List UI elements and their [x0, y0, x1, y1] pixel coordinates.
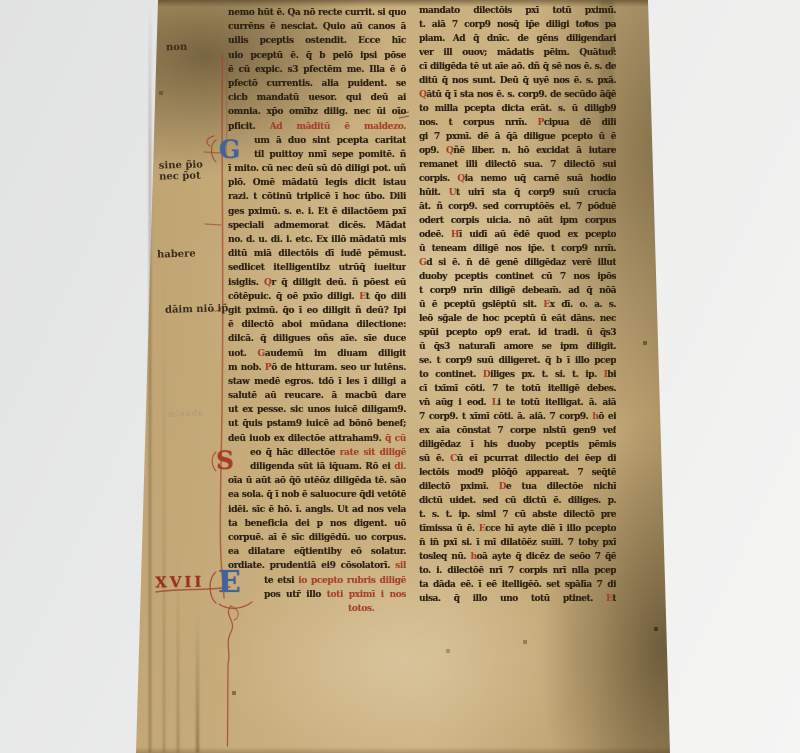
manuscript-text-line: til puittoy nmī sepe pomitē. ñ: [228, 148, 406, 162]
body-text: r q̄ diligit deū. ñ pōest eū: [271, 278, 406, 288]
manuscript-text-line: ū q̄s3 naturalī amore se ipm diligit.: [419, 340, 616, 354]
manuscript-text-line: idēi. sīc ē hō. ī. angls. Ut ad nos…: [228, 503, 406, 517]
body-text: pficit.: [228, 122, 270, 132]
manuscript-text-line: uio pceptū ē. q̄ b pelō ipsi pōse: [228, 49, 406, 63]
body-text: deū iuob ex dilectōe attraham9.: [228, 434, 385, 444]
body-text: duoby pceptis continet cū 7 nos ipōs: [419, 272, 616, 282]
manuscript-text-line: uot. Gaudemū im diuam diligit: [228, 347, 406, 361]
body-text: oā ayte q̄ dicēz de seōo 7 q̄ē: [477, 552, 616, 562]
body-text: to continet.: [419, 370, 483, 380]
manuscript-text-line: uilis pceptis ostendit. Ecce hīc: [228, 34, 406, 48]
crease-line: [196, 612, 199, 753]
body-text: nos. t corpus nrm̄.: [419, 118, 538, 128]
body-text: sū ē.: [419, 454, 450, 464]
body-text: cce hī ayte diē ī illo pcepto: [485, 524, 616, 534]
manuscript-text-line: dilectō pximī. De tua dilectōe nichī: [419, 480, 616, 494]
manuscript-text-line: ū teneam diligē nos ip̄e. t corp9 nrm̄…: [419, 242, 616, 256]
manuscript-text-line: ta beneficia dei p nos digent. uō: [228, 517, 406, 531]
manuscript-text-line: te etsi io pcepto rubris diligē: [228, 574, 406, 588]
manuscript-text-line: no. d. u. di. i. etc. Ex illō mādatū …: [228, 233, 406, 247]
body-text: 7 corp9. t xīmī cōti. ā. aiā. 7 cor…: [419, 412, 592, 422]
text-column-left: nemo hūt ē. Qa nō recte currit. si qu…: [228, 6, 406, 616]
crease-line: [163, 280, 165, 753]
body-text: git pximū. q̄o ī eo diligit ñ deū? I…: [228, 306, 406, 316]
manuscript-text-line: piam. Ad q̄ dnīc. de gēns diligendari: [419, 32, 616, 46]
rubric-text: C: [450, 454, 457, 464]
manuscript-text-line: cicb mandatū uesor. qui deū ai: [228, 91, 406, 105]
body-text: ē cū expic. s3 pfectēm me. Illa ē ō: [228, 65, 406, 75]
crease-line: [149, 0, 151, 753]
rubric-text: totos.: [348, 604, 374, 614]
body-text: cicb mandatū uesor. qui deū ai: [228, 93, 406, 103]
body-text: corpuē. aī ē sīc diligēdū. uo corp…: [228, 533, 406, 545]
body-text: diligenda sūt iā iq̄uam. Rō ei: [250, 462, 394, 472]
rubric-text: sil: [395, 561, 406, 571]
manuscript-text-line: oīa ū aūt aō q̄ō utēōz diligēda …: [228, 474, 406, 488]
rubric-text: U: [449, 188, 456, 198]
body-text: dictū uidet. sed cū dictū ē. diliges…: [419, 496, 616, 506]
manuscript-text-line: deū iuob ex dilectōe attraham9. q̄ cū: [228, 432, 406, 446]
manuscript-text-line: gi 7 pxmī. dē ā q̄ā diligue pcepto u…: [419, 130, 616, 144]
margin-note-line: nec p̃ot: [159, 170, 203, 182]
body-text: bi: [607, 370, 616, 380]
body-text: t: [612, 594, 616, 604]
body-text: ta dāda eē. ī eē itelligēō. set sp…: [419, 580, 616, 590]
body-text: i te totū itelligat. ā. aiā: [498, 398, 617, 408]
manuscript-text-line: ut q̄uis pstam9 iuicē ad bōnō benef;: [228, 417, 406, 431]
photograph-of-manuscript-leaf: non sine p̃io nec p̃ot habere dāim niō…: [0, 0, 800, 753]
body-text: odert corpis uicia. nō aūt ipm corpus: [419, 216, 616, 226]
body-text: no. d. u. di. i. etc. Ex illō mādatū …: [228, 235, 406, 245]
body-text: āt. ñ corp9. sed corruptōēs el. 7 po…: [419, 202, 616, 212]
body-text: ñē liber. n. hō excidat ā iutare: [453, 146, 616, 156]
body-text: til puittoy nmī sepe pomitē. ñ: [254, 150, 406, 160]
manuscript-text-line: m nob. Pō de htturam. seo ur lutēns.: [228, 361, 406, 375]
body-text: uot.: [228, 349, 257, 359]
body-text: t q̄o dili: [366, 292, 406, 302]
manuscript-text-line: op9. Qñē liber. n. hō excidat ā iuta…: [419, 144, 616, 158]
manuscript-text-line: um ā duo sint pcepta caritat: [228, 134, 406, 148]
manuscript-text-line: pfectō currentis. alia puident. se: [228, 77, 406, 91]
manuscript-text-line: to. i. dilectōē nrī 7 corpis nrī nll…: [419, 564, 616, 578]
manuscript-text-line: corpis. Qia nemo uq̄ carnē suā hodio: [419, 172, 616, 186]
body-text: d si ē. n̄ dē genē diligēdaz verē i…: [426, 258, 616, 268]
manuscript-text-line: diligēdaz ī his duoby pceptis pēmis: [419, 438, 616, 452]
manuscript-text-line: hūit. Ut uirī sta q̄ corp9 suū crucia: [419, 186, 616, 200]
manuscript-text-line: ī mito. cū nec deū sū dō diligi pot…: [228, 162, 406, 176]
manuscript-text-line: corpuē. aī ē sīc diligēdū. uo corp…: [228, 531, 406, 545]
body-text: ver ill ouov; mādatis pēim. Quātuo:: [419, 48, 616, 58]
manuscript-text-line: se. t corp9 suū diligeret. q̄ b ī illo…: [419, 354, 616, 368]
body-text: ū ē pceptū gslēptū sit.: [419, 300, 543, 310]
body-text: ordiate. prudentiā ei9 cōsolatorī.: [228, 561, 395, 571]
body-text: ō ei: [598, 412, 616, 422]
body-text: te etsi: [264, 576, 298, 586]
manuscript-text-line: n̄ in̄ pxī si. ī mī dilatōēz suīii…: [419, 536, 616, 550]
body-text: ō de htturam. seo ur lutēns.: [271, 363, 406, 373]
body-text: ū q̄s3 naturalī amore se ipm diligit.: [419, 342, 616, 352]
manuscript-text-line: plō. Omē mādatū legis dicit istau: [228, 176, 406, 190]
manuscript-text-line: t. aiā 7 corp9 nosq̄ ip̄e diligi totos …: [419, 18, 616, 32]
body-text: t. s. t. ip. siml 7 cū abste dilectō p…: [419, 510, 616, 520]
manuscript-text-line: omnia. xp̄o omībz dilig. nec ūi oīo: [228, 105, 406, 119]
manuscript-text-line: spūi pcepto op9 erat. id tradi. ū q̄s3: [419, 326, 616, 340]
body-text: uilis pceptis ostendit. Ecce hīc: [228, 36, 406, 46]
body-text: ī uidī aū ēdē quod ex pcepto: [459, 230, 616, 240]
chapter-numeral: XVII: [155, 573, 205, 592]
manuscript-text-line: ē dilectō aboi mūdana dilectione:: [228, 318, 406, 332]
manuscript-text-line: eo q̄ hāc dilectōe rate sit diligē: [228, 446, 406, 460]
rubric-text: Q: [457, 174, 464, 184]
rubric-text: toti pximī i nos: [327, 590, 406, 600]
manuscript-text-line: currēns ē nesciat. Quio aū canos ā: [228, 20, 406, 34]
body-text: omnia. xp̄o omībz dilig. nec ūi oīo: [228, 107, 406, 117]
manuscript-text-line: nos. t corpus nrm̄. Pcipua dē dili: [419, 116, 616, 130]
body-text: ta beneficia dei p nos digent. uō: [228, 519, 406, 529]
manuscript-text-line: dictū uidet. sed cū dictū ē. diliges…: [419, 494, 616, 508]
manuscript-text-line: ditū miā dilectōis dī iudē pēmust.: [228, 247, 406, 261]
manuscript-text-line: t. s. t. ip. siml 7 cū abste dilectō p…: [419, 508, 616, 522]
manuscript-text-line: pficit. Ad māditū ē maldezo.: [228, 120, 406, 134]
rubric-text: G: [257, 349, 264, 359]
body-text: gi 7 pxmī. dē ā q̄ā diligue pcepto u…: [419, 132, 616, 142]
manuscript-text-line: dilcā. q̄ diligues oñs aīe. sīe duce: [228, 332, 406, 346]
body-text: ditū miā dilectōis dī iudē pēmust.: [228, 249, 406, 259]
rubric-text: q̄ cū: [385, 434, 406, 444]
manuscript-text-line: sedlicet itelligentibz utrūq̄ iueitur: [228, 261, 406, 275]
manuscript-text-line: 7 corp9. t xīmī cōti. ā. aiā. 7 cor…: [419, 410, 616, 424]
manuscript-text-line: cī diligēda tē ut aīe aō. dñ q̄ se…: [419, 60, 616, 74]
manuscript-text-line: vn̄ aūg i eod. Li te totū itelligat. a…: [419, 396, 616, 410]
body-text: mandato dilectōis pxī totū pximū.: [419, 6, 616, 16]
body-text: ea dilatare eq̄tientiby eō solatur.: [228, 547, 406, 557]
manuscript-text-line: ordiate. prudentiā ei9 cōsolatorī. si…: [228, 559, 406, 573]
manuscript-text-line: uisa. q̄ illo uno totū ptinet. Et: [419, 592, 616, 606]
manuscript-text-line: tīmissa ū ē. Ecce hī ayte diē ī il…: [419, 522, 616, 536]
body-text: ditū q̄ nos sunt. Deū q̄ uyē nos ē. …: [419, 76, 616, 86]
body-text: corpis.: [419, 174, 457, 184]
body-text: op9.: [419, 146, 446, 156]
body-text: t. aiā 7 corp9 nosq̄ ip̄e diligi totos …: [419, 20, 616, 30]
manuscript-text-line: lectōis mod9 plōq̄ō appareat. 7 seq̄t…: [419, 466, 616, 480]
manuscript-text-line: git pximū. q̄o ī eo diligit ñ deū? I…: [228, 304, 406, 318]
manuscript-text-line: ea sola. q̄ ī nob ē saluocure q̄di vet…: [228, 488, 406, 502]
manuscript-text-line: Gd si ē. n̄ dē genē diligēdaz verē …: [419, 256, 616, 270]
body-text: salutē aū reucare. ā macbū dare: [228, 391, 406, 401]
body-text: diligēdaz ī his duoby pceptis pēmis: [419, 440, 616, 450]
body-text: lectōis mod9 plōq̄ō appareat. 7 seq̄t…: [419, 468, 616, 478]
body-text: ū eī pcurrat dilectio dei ēep di: [457, 454, 616, 464]
body-text: ia nemo uq̄ carnē suā hodio: [465, 174, 616, 184]
manuscript-text-line: odert corpis uicia. nō aūt ipm corpus: [419, 214, 616, 228]
body-text: tīmissa ū ē.: [419, 524, 479, 534]
body-text: eo q̄ hāc dilectōe: [250, 448, 340, 458]
body-text: ut q̄uis pstam9 iuicē ad bōnō benef;: [228, 419, 406, 429]
body-text: se. t corp9 suū diligeret. q̄ b ī illo…: [419, 356, 616, 366]
margin-note-daim: dāim niō ip̄: [165, 303, 229, 316]
rubric-text: io pcepto rubris diligē: [298, 576, 406, 586]
body-text: cī diligēda tē ut aīe aō. dñ q̄ se…: [419, 62, 616, 72]
manuscript-text-line: odeē. Hī uidī aū ēdē quod ex pcept…: [419, 228, 616, 242]
rubric-text: Ad māditū ē maldezo.: [270, 122, 406, 132]
body-text: piam. Ad q̄ dnīc. de gēns diligendari: [419, 34, 616, 44]
manuscript-text-line: ditū q̄ nos sunt. Deū q̄ uyē nos ē. …: [419, 74, 616, 88]
body-text: x dī. o. a. s.: [550, 300, 616, 310]
margin-note-habere: habere: [157, 248, 196, 260]
manuscript-text-line: to milla pcepta dicta erāt. s. ū dilig…: [419, 102, 616, 116]
margin-note-non: non: [166, 42, 187, 54]
body-text: n̄ in̄ pxī si. ī mī dilatōēz suīii…: [419, 538, 616, 548]
body-text: iliges px. t. si. t. ip.: [490, 370, 603, 380]
body-text: currēns ē nesciat. Quio aū canos ā: [228, 22, 406, 32]
body-text: cōtēpuic. q̄ oē pxīo diligi.: [228, 292, 359, 302]
body-text: isiglis.: [228, 278, 264, 288]
body-text: sedlicet itelligentibz utrūq̄ iueitur: [228, 263, 406, 273]
body-text: pos utr̄ illo: [264, 590, 327, 600]
body-text: vn̄ aūg i eod.: [419, 398, 492, 408]
manuscript-text-line: diligenda sūt iā iq̄uam. Rō ei di.: [228, 460, 406, 474]
manuscript-text-line: ea dilatare eq̄tientiby eō solatur.: [228, 545, 406, 559]
manuscript-text-line: Qātū q̄ ī sta nos ē. s. corp9. de se…: [419, 88, 616, 102]
manuscript-text-line: razi. t cōtinū triplicē ī hoc ūbo. …: [228, 190, 406, 204]
manuscript-text-line: duoby pceptis continet cū 7 nos ipōs: [419, 270, 616, 284]
manuscript-text-line: āt. ñ corp9. sed corruptōēs el. 7 po…: [419, 200, 616, 214]
manuscript-text-line: ges pximū. s. e. i. Et ē dilactōem px…: [228, 205, 406, 219]
manuscript-text-line: cī txīmī cōti. 7 te totū itelligē …: [419, 382, 616, 396]
body-text: ē dilectō aboi mūdana dilectione:: [228, 320, 406, 330]
body-text: odeē.: [419, 230, 451, 240]
rubric-text: D: [499, 482, 506, 492]
body-text: to. i. dilectōē nrī 7 corpis nrī nll…: [419, 566, 616, 576]
body-text: pfectō currentis. alia puident. se: [228, 79, 406, 89]
body-text: dilcā. q̄ diligues oñs aīe. sīe duce: [228, 334, 406, 344]
body-text: audemū im diuam diligit: [265, 349, 406, 359]
body-text: e tua dilectōe nichī: [506, 482, 616, 492]
body-text: uisa. q̄ illo uno totū ptinet.: [419, 594, 606, 604]
manuscript-text-line: mandato dilectōis pxī totū pximū.: [419, 4, 616, 18]
body-text: to milla pcepta dicta erāt. s. ū dilig…: [419, 104, 616, 114]
body-text: um ā duo sint pcepta caritat: [254, 136, 406, 146]
rubric-text: rate sit diligē: [340, 448, 406, 458]
rubric-text: H: [451, 230, 459, 240]
body-text: nemo hūt ē. Qa nō recte currit. si qu…: [228, 8, 406, 18]
body-text: m nob.: [228, 363, 265, 373]
manuscript-text-line: tosleq nū. hoā ayte q̄ dicēz de seōo…: [419, 550, 616, 564]
body-text: dilectō pximī.: [419, 482, 499, 492]
body-text: ī mito. cū nec deū sū dō diligi pot…: [228, 164, 406, 176]
manuscript-text-line: nemo hūt ē. Qa nō recte currit. si qu…: [228, 6, 406, 20]
body-text: speciali admemorat dicēs. Mādat: [228, 221, 406, 231]
body-text: t uirī sta q̄ corp9 suū crucia: [456, 188, 616, 198]
body-text: spūi pcepto op9 erat. id tradi. ū q̄s3: [419, 328, 616, 338]
manuscript-text-line: to continet. Diliges px. t. si. t. ip. I…: [419, 368, 616, 382]
body-text: ut ex pesse. sic unos iuicē diligam9.: [228, 405, 406, 415]
manuscript-text-line: ver ill ouov; mādatis pēim. Quātuo:: [419, 46, 616, 60]
body-text: razi. t cōtinū triplicē ī hoc ūbo. …: [228, 192, 406, 202]
manuscript-text-line: ē cū expic. s3 pfectēm me. Illa ē ō: [228, 63, 406, 77]
body-text: leō sḡale de hoc pceptū ū eāt dāns…: [419, 314, 616, 324]
manuscript-text-line: cōtēpuic. q̄ oē pxīo diligi. Et q̄o …: [228, 290, 406, 304]
body-text: staw medē egros. tdō ī les ī diligi …: [228, 377, 406, 387]
manuscript-text-line: isiglis. Qr q̄ diligit deū. ñ pōest e…: [228, 276, 406, 290]
body-text: ex aīa cōnstat 7 corpe nlstū gen9 vef: [419, 426, 616, 436]
body-text: cipua dē dili: [544, 118, 616, 128]
body-text: ātū q̄ ī sta nos ē. s. corp9. de sec…: [426, 90, 616, 100]
body-text: tosleq nū.: [419, 552, 470, 562]
manuscript-text-line: speciali admemorat dicēs. Mādat: [228, 219, 406, 233]
body-text: remanet illi dilectō sua. 7 dilectō su…: [419, 160, 616, 170]
manuscript-text-line: t corp9 nrīn diligē debeam̄. ad q̄ nō…: [419, 284, 616, 298]
body-text: ū teneam diligē nos ip̄e. t corp9 nrm̄…: [419, 244, 616, 254]
manuscript-text-line: ta dāda eē. ī eē itelligēō. set sp…: [419, 578, 616, 592]
manuscript-text-line: leō sḡale de hoc pceptū ū eāt dāns…: [419, 312, 616, 326]
body-text: t corp9 nrīn diligē debeam̄. ad q̄ nō…: [419, 286, 616, 296]
manuscript-text-line: totos.: [228, 602, 406, 616]
body-text: cī txīmī cōti. 7 te totū itelligē …: [419, 384, 616, 394]
body-text: uio pceptū ē. q̄ b pelō ipsi pōse: [228, 51, 406, 61]
body-text: idēi. sīc ē hō. ī. angls. Ut ad nos…: [228, 505, 406, 515]
body-text: ges pximū. s. e. i. Et ē dilactōem px…: [228, 207, 406, 217]
margin-note-pencil: mīande: [168, 407, 204, 419]
manuscript-text-line: salutē aū reucare. ā macbū dare: [228, 389, 406, 403]
manuscript-text-line: pos utr̄ illo toti pximī i nos: [228, 588, 406, 602]
body-text: oīa ū aūt aō q̄ō utēōz diligēda …: [228, 476, 406, 486]
body-text: ea sola. q̄ ī nob ē saluocure q̄di vet…: [228, 490, 406, 500]
ink-speckles: [0, 0, 2, 2]
manuscript-text-line: staw medē egros. tdō ī les ī diligi …: [228, 375, 406, 389]
rubric-text: D: [483, 370, 490, 380]
text-column-right: mandato dilectōis pxī totū pximū.t. …: [419, 4, 616, 606]
manuscript-text-line: ut ex pesse. sic unos iuicē diligam9.: [228, 403, 406, 417]
manuscript-text-line: ex aīa cōnstat 7 corpe nlstū gen9 vef: [419, 424, 616, 438]
rubric-text: di.: [394, 462, 406, 472]
margin-note-sine-prio: sine p̃io nec p̃ot: [159, 159, 204, 182]
body-text: plō. Omē mādatū legis dicit istau: [228, 178, 406, 188]
manuscript-text-line: sū ē. Cū eī pcurrat dilectio dei ēe…: [419, 452, 616, 466]
manuscript-text-line: remanet illi dilectō sua. 7 dilectō su…: [419, 158, 616, 172]
manuscript-text-line: ū ē pceptū gslēptū sit. Ex dī. o. …: [419, 298, 616, 312]
body-text: hūit.: [419, 188, 449, 198]
